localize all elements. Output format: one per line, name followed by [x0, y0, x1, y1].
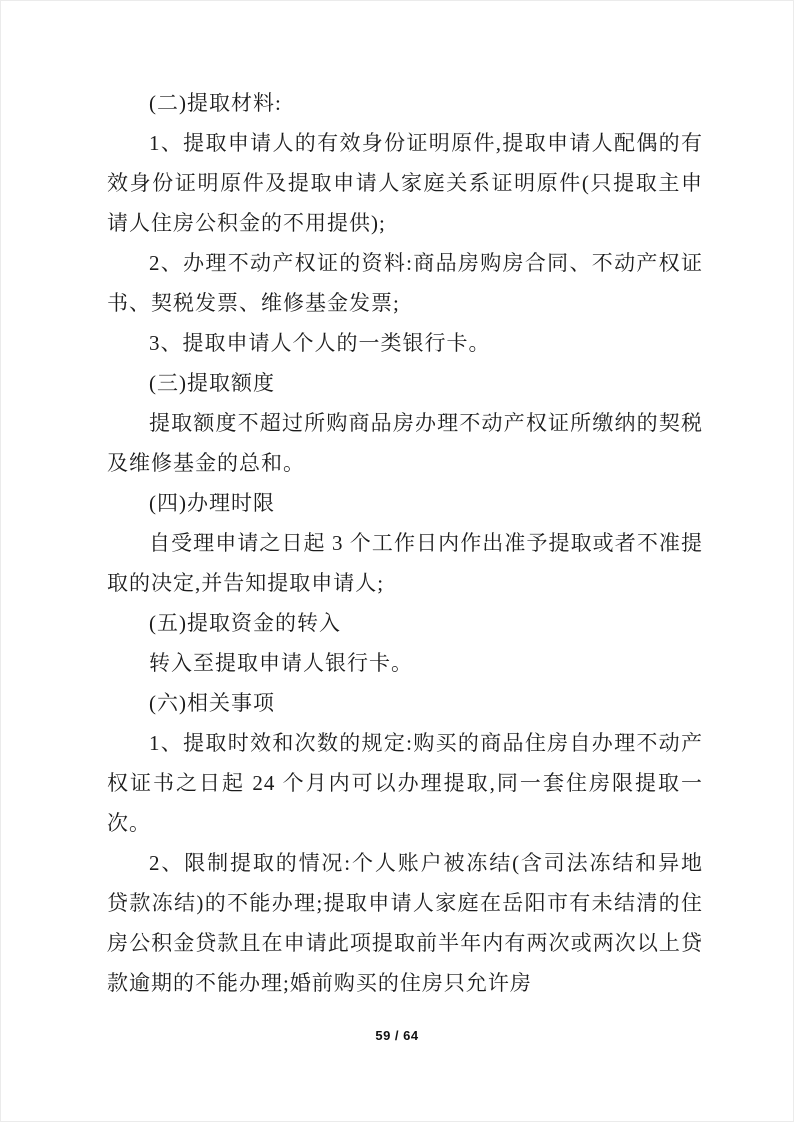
paragraph: 1、提取申请人的有效身份证明原件,提取申请人配偶的有效身份证明原件及提取申请人家… [107, 123, 703, 243]
paragraph: 转入至提取申请人银行卡。 [107, 643, 703, 683]
paragraph: 3、提取申请人个人的一类银行卡。 [107, 323, 703, 363]
section-heading: (四)办理时限 [107, 483, 703, 523]
section-heading: (六)相关事项 [107, 683, 703, 723]
section-heading: (三)提取额度 [107, 363, 703, 403]
section-heading: (五)提取资金的转入 [107, 603, 703, 643]
document-body: (二)提取材料: 1、提取申请人的有效身份证明原件,提取申请人配偶的有效身份证明… [107, 83, 703, 1003]
paragraph: 提取额度不超过所购商品房办理不动产权证所缴纳的契税及维修基金的总和。 [107, 403, 703, 483]
paragraph: 2、限制提取的情况:个人账户被冻结(含司法冻结和异地贷款冻结)的不能办理;提取申… [107, 843, 703, 1003]
document-page: (二)提取材料: 1、提取申请人的有效身份证明原件,提取申请人配偶的有效身份证明… [0, 0, 794, 1122]
paragraph: 自受理申请之日起 3 个工作日内作出准予提取或者不准提取的决定,并告知提取申请人… [107, 523, 703, 603]
paragraph: 2、办理不动产权证的资料:商品房购房合同、不动产权证书、契税发票、维修基金发票; [107, 243, 703, 323]
page-footer: 59 / 64 [1, 1027, 793, 1045]
section-heading: (二)提取材料: [107, 83, 703, 123]
paragraph: 1、提取时效和次数的规定:购买的商品住房自办理不动产权证书之日起 24 个月内可… [107, 723, 703, 843]
page-number: 59 / 64 [375, 1028, 418, 1043]
